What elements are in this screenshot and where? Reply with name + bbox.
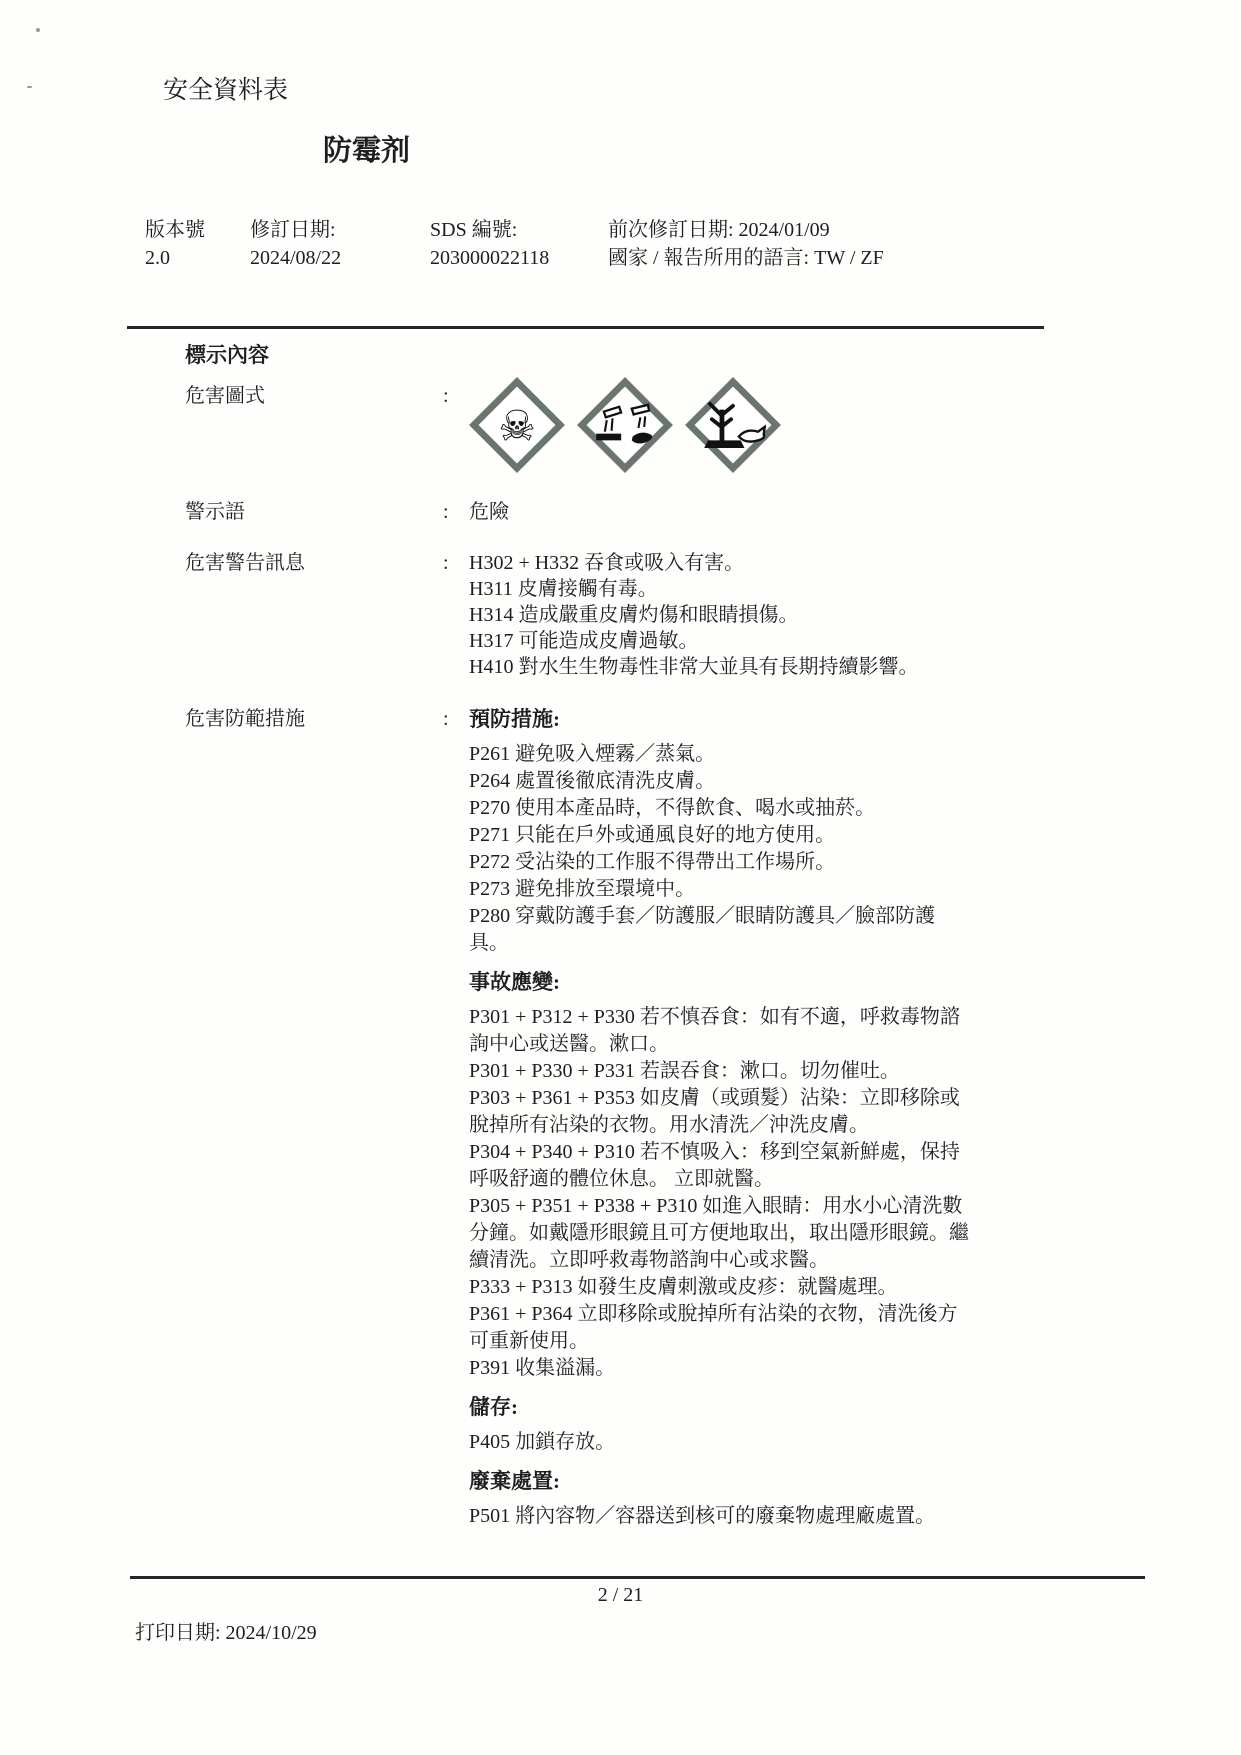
page-number: 2 / 21 (0, 1584, 1241, 1607)
hazard-pictogram-row: 危害圖式 : ☠ (185, 383, 975, 473)
prevention-group-heading: 預防措施: (469, 706, 975, 733)
precaution-statement: P301 + P312 + P330 若不慎吞食：如有不適，呼救毒物諮詢中心或送… (469, 1004, 975, 1058)
response-group-heading: 事故應變: (469, 969, 975, 996)
colon: : (443, 383, 469, 410)
hazard-statements-list: H302 + H332 吞食或吸入有害。 H311 皮膚接觸有毒。 H314 造… (469, 550, 975, 680)
sds-number-label: SDS 編號: (430, 216, 608, 244)
country-language: 國家 / 報告所用的語言: TW / ZF (608, 244, 1145, 272)
hazard-statements-label: 危害警告訊息 (185, 550, 443, 577)
precaution-statement: P272 受沾染的工作服不得帶出工作場所。 (469, 849, 975, 876)
section-heading: 標示內容 (185, 342, 975, 369)
scan-artifact-dot (36, 28, 40, 32)
revision-header: 版本號 2.0 修訂日期: 2024/08/22 SDS 編號: 2030000… (145, 216, 1145, 272)
precaution-statement: P303 + P361 + P353 如皮膚（或頭髮）沾染：立即移除或脫掉所有沾… (469, 1085, 975, 1139)
previous-revision-column: 前次修訂日期: 2024/01/09 國家 / 報告所用的語言: TW / ZF (608, 216, 1145, 272)
revision-date-column: 修訂日期: 2024/08/22 (250, 216, 430, 272)
version-value: 2.0 (145, 244, 250, 272)
hazard-statement: H311 皮膚接觸有毒。 (469, 576, 975, 602)
precaution-statement: P405 加鎖存放。 (469, 1429, 975, 1456)
skull-icon: ☠ (498, 401, 536, 450)
environment-pictogram (685, 377, 781, 473)
precautionary-statements-row: 危害防範措施 : 預防措施: P261 避免吸入煙霧／蒸氣。 P264 處置後徹… (185, 706, 975, 1530)
precaution-statement: P261 避免吸入煙霧／蒸氣。 (469, 741, 975, 768)
sds-number-column: SDS 編號: 203000022118 (430, 216, 608, 272)
precaution-statement: P301 + P330 + P331 若誤吞食：漱口。切勿催吐。 (469, 1058, 975, 1085)
version-label: 版本號 (145, 216, 250, 244)
colon: : (443, 550, 469, 577)
product-name: 防霉剂 (323, 128, 410, 169)
header-divider (127, 326, 1044, 329)
scan-artifact-dot (27, 86, 32, 88)
label-content-section: 標示內容 危害圖式 : ☠ (185, 342, 975, 1530)
print-date: 打印日期: 2024/10/29 (135, 1616, 317, 1645)
hazard-statement: H317 可能造成皮膚過敏。 (469, 628, 975, 654)
disposal-group-heading: 廢棄處置: (469, 1468, 975, 1495)
previous-revision-date: 前次修訂日期: 2024/01/09 (608, 216, 1145, 244)
footer-divider (130, 1576, 1145, 1579)
signal-word-value: 危險 (469, 499, 975, 526)
corrosion-pictogram (577, 377, 673, 473)
signal-word-label: 警示語 (185, 499, 443, 526)
precaution-statement: P333 + P313 如發生皮膚刺激或皮疹：就醫處理。 (469, 1274, 975, 1301)
precaution-statement: P501 將內容物／容器送到核可的廢棄物處理廠處置。 (469, 1503, 975, 1530)
hazard-statement: H410 對水生生物毒性非常大並具有長期持續影響。 (469, 654, 975, 680)
hazard-pictogram-label: 危害圖式 (185, 383, 443, 410)
pictogram-group: ☠ (469, 377, 975, 473)
document-title: 安全資料表 (163, 70, 288, 106)
precaution-statement: P304 + P340 + P310 若不慎吸入：移到空氣新鮮處，保持呼吸舒適的… (469, 1139, 975, 1193)
precaution-statement: P264 處置後徹底清洗皮膚。 (469, 768, 975, 795)
sds-number-value: 203000022118 (430, 244, 608, 272)
precaution-statement: P273 避免排放至環境中。 (469, 876, 975, 903)
precautionary-statements-list: 預防措施: P261 避免吸入煙霧／蒸氣。 P264 處置後徹底清洗皮膚。 P2… (469, 706, 975, 1530)
colon: : (443, 499, 469, 526)
precaution-statement: P391 收集溢漏。 (469, 1355, 975, 1382)
hazard-statement: H314 造成嚴重皮膚灼傷和眼睛損傷。 (469, 602, 975, 628)
hazard-statements-row: 危害警告訊息 : H302 + H332 吞食或吸入有害。 H311 皮膚接觸有… (185, 550, 975, 680)
revision-date-value: 2024/08/22 (250, 244, 430, 272)
skull-and-crossbones-pictogram: ☠ (469, 377, 565, 473)
revision-date-label: 修訂日期: (250, 216, 430, 244)
storage-group-heading: 儲存: (469, 1394, 975, 1421)
hazard-statement: H302 + H332 吞食或吸入有害。 (469, 550, 975, 576)
sds-document-page: 安全資料表 防霉剂 版本號 2.0 修訂日期: 2024/08/22 SDS 編… (0, 0, 1241, 1755)
version-column: 版本號 2.0 (145, 216, 250, 272)
precaution-statement: P305 + P351 + P338 + P310 如進入眼睛：用水小心清洗數分… (469, 1193, 975, 1274)
signal-word-row: 警示語 : 危險 (185, 499, 975, 526)
precaution-statement: P361 + P364 立即移除或脫掉所有沾染的衣物，清洗後方可重新使用。 (469, 1301, 975, 1355)
precaution-statement: P280 穿戴防護手套／防護服／眼睛防護具／臉部防護具。 (469, 903, 975, 957)
precaution-statement: P271 只能在戶外或通風良好的地方使用。 (469, 822, 975, 849)
precautionary-statements-label: 危害防範措施 (185, 706, 443, 733)
colon: : (443, 706, 469, 733)
precaution-statement: P270 使用本產品時，不得飲食、喝水或抽菸。 (469, 795, 975, 822)
